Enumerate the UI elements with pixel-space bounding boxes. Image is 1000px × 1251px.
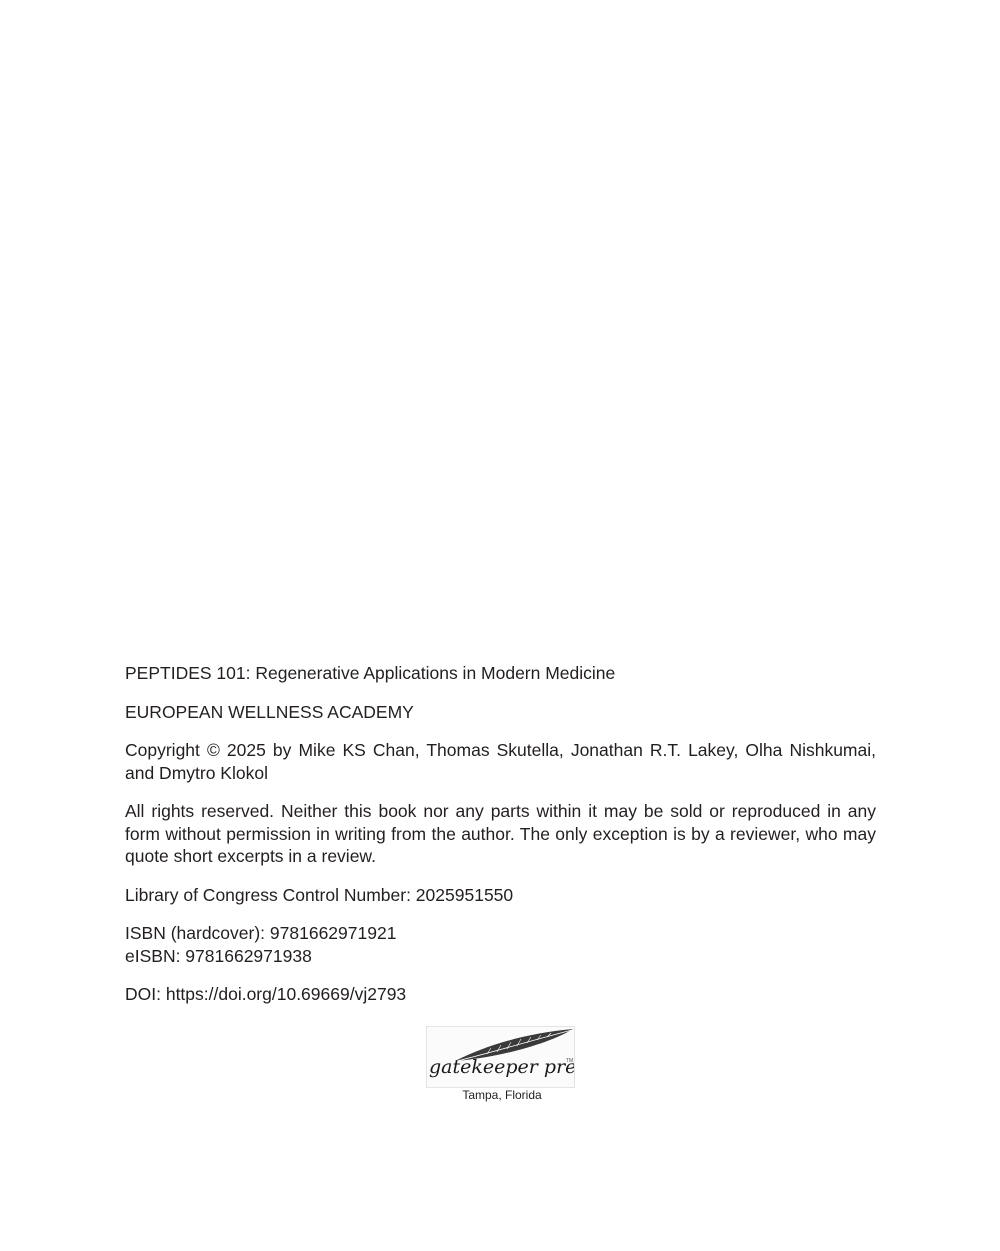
copyright-page-text: PEPTIDES 101: Regenerative Applications … [125,662,876,1022]
eisbn: eISBN: 9781662971938 [125,945,876,968]
isbn-hardcover: ISBN (hardcover): 9781662971921 [125,922,876,945]
book-title: PEPTIDES 101: Regenerative Applications … [125,662,876,685]
copyright-notice: Copyright © 2025 by Mike KS Chan, Thomas… [125,739,876,784]
publisher-organization: EUROPEAN WELLNESS ACADEMY [125,701,876,724]
quill-feather-icon: gatekeeper press TM [427,1027,574,1087]
publisher-location: Tampa, Florida [426,1088,578,1102]
svg-text:gatekeeper press: gatekeeper press [429,1056,574,1078]
doi: DOI: https://doi.org/10.69669/vj2793 [125,983,876,1006]
lccn: Library of Congress Control Number: 2025… [125,884,876,907]
publisher-logo: gatekeeper press TM [426,1026,575,1088]
svg-text:TM: TM [566,1058,573,1064]
rights-statement: All rights reserved. Neither this book n… [125,800,876,868]
